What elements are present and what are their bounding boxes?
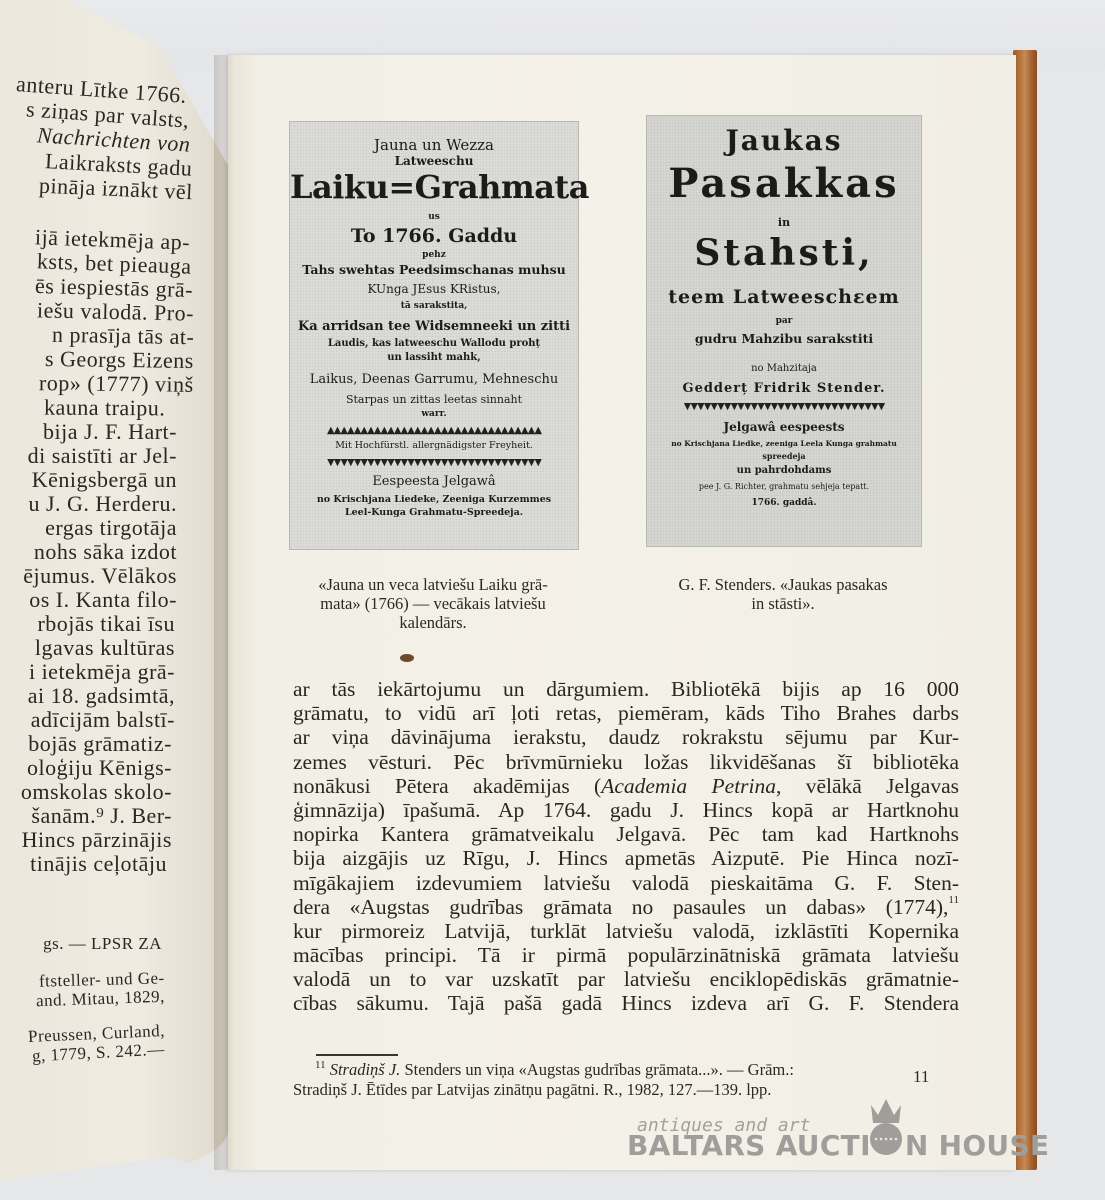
caption-line: «Jauna un veca latviešu Laiku grā- (285, 575, 581, 594)
fac-line: Laikus, Deenas Garrumu, Mehneschu (290, 372, 578, 387)
footnote-line: 11 Stradiņš J. Stenders un viņa «Augstas… (293, 1060, 959, 1080)
left-line: šanām.⁹ J. Ber- (31, 804, 172, 829)
fac-line: warr. (290, 409, 578, 419)
caption-line: kalendārs. (285, 613, 581, 632)
fac-line: teem Latweeschεem (647, 286, 921, 308)
body-line-text: dera «Augstas gudrības grāmata no pasaul… (293, 895, 948, 919)
fac-line: un lassiht mahk, (290, 352, 578, 363)
left-line: ergas tirgotāja (45, 516, 177, 541)
watermark-name-part2: N HOUSE (905, 1129, 1050, 1162)
caption-line: mata» (1766) — vecākais latviešu (285, 594, 581, 613)
left-line: Hincs pārzinājis (22, 828, 172, 853)
body-line-start: nonākusi Pētera akadēmijas ( (293, 774, 601, 798)
caption-line: G. F. Stenders. «Jaukas pasakas (638, 575, 928, 594)
fac-line: tā sarakstita, (290, 301, 578, 311)
body-line: nopirka Kantera grāmatveikalu Jelgavā. P… (293, 822, 959, 846)
fac-line: 1766. gaddâ. (647, 498, 921, 508)
footnote-reference[interactable]: 11 (948, 894, 959, 906)
fac-line: par (647, 316, 921, 326)
page-number: 11 (913, 1067, 929, 1087)
body-line: zemes vēsturi. Pēc brīvmūrnieku ložas li… (293, 750, 959, 774)
left-line: oloģiju Kēnigs- (27, 756, 172, 781)
fac-line: no Krischjana Liedeke, Zeeniga Kurzemmes (290, 494, 578, 505)
ornament-border: ▼▼▼▼▼▼▼▼▼▼▼▼▼▼▼▼▼▼▼▼▼▼▼▼▼▼▼▼▼▼ (659, 403, 909, 411)
fac-line: Laudis, kas latweeschu Wallodu prohț (290, 338, 578, 349)
fac-line: Jelgawâ eespeests (647, 420, 921, 434)
left-line: bojās grāmatiz- (28, 732, 172, 757)
fac-line: Mit Hochfürstl. allergnädigster Freyheit… (290, 440, 578, 451)
book-cover-edge (1013, 50, 1037, 1170)
body-text: ar tās iekārtojumu un dārgumiem. Bibliot… (293, 677, 959, 1016)
left-footnote-line: gs. — LPSR ZA (43, 932, 162, 957)
fac-line: Jaukas (647, 124, 921, 157)
body-line: ģimnāzija) īpašumā. Ap 1764. gadu J. Hin… (293, 798, 959, 822)
body-line: ar tās iekārtojumu un dārgumiem. Bibliot… (293, 677, 959, 701)
left-line: di saistīti ar Jel- (28, 444, 177, 469)
body-line: dera «Augstas gudrības grāmata no pasaul… (293, 895, 959, 919)
fac-title: Stahsti, (647, 232, 921, 274)
left-line: tinājis ceļotāju (30, 852, 167, 877)
footnote-text: Stenders un viņa «Augstas gudrības grāma… (400, 1060, 794, 1079)
fac-line: Latweeschu (290, 154, 578, 168)
left-line: rop» (1777) viņš (39, 371, 194, 397)
left-line: ējumus. Vēlākos (23, 564, 177, 589)
body-line: mīgākajiem izdevumiem latviešu valodā pi… (293, 871, 959, 895)
footnote-line: Stradiņš J. Ētīdes par Latvijas zinātņu … (293, 1080, 959, 1100)
watermark-name: BALTARS AUCTIN HOUSE (627, 1129, 1049, 1162)
fac-line: spreedeja (647, 451, 921, 461)
footnote-author: Stradiņš J. (330, 1060, 401, 1079)
ornament-border: ▼▼▼▼▼▼▼▼▼▼▼▼▼▼▼▼▼▼▼▼▼▼▼▼▼▼▼▼▼▼▼▼ (302, 459, 566, 467)
italic-phrase: Academia Petrina (601, 774, 776, 798)
left-line: ai 18. gadsimtā, (28, 684, 175, 709)
caption-line: in stāsti». (638, 594, 928, 613)
watermark: antiques and art BALTARS AUCTIN HOUSE (627, 1115, 1027, 1175)
fac-line: no Krischjana Liedke, zeeniga Leela Kung… (647, 439, 921, 448)
body-line: ar viņa dāvinājuma ierakstu, daudz rokra… (293, 725, 959, 749)
fac-line: no Mahzitaja (647, 363, 921, 374)
right-page: Jauna un Wezza Latweeschu Laiku=Grahmata… (228, 55, 1016, 1170)
fac-line: Eespeesta Jelgawâ (290, 474, 578, 489)
fac-line: To 1766. Gaddu (290, 225, 578, 247)
left-line: nohs sāka izdot (34, 540, 177, 565)
facsimile-laiku-gramata: Jauna un Wezza Latweeschu Laiku=Grahmata… (289, 121, 579, 550)
footnote-number: 11 (315, 1059, 326, 1071)
fac-line: KUnga JEsus KRistus, (290, 282, 578, 296)
fac-line: pee J. G. Richter, grahmatu sehjeja tepa… (647, 482, 921, 491)
left-line: omskolas skolo- (21, 780, 172, 805)
caption-left: «Jauna un veca latviešu Laiku grā- mata»… (285, 575, 581, 632)
ornament-border: ▲▲▲▲▲▲▲▲▲▲▲▲▲▲▲▲▲▲▲▲▲▲▲▲▲▲▲▲▲▲▲▲ (302, 427, 566, 435)
body-line: mācības principi. Tā ir pirmā populārzin… (293, 943, 959, 967)
paper-spot (400, 654, 414, 662)
fac-line: Ka arridsan tee Widsemneeki un zitti (290, 319, 578, 334)
body-line-end: , vēlākā Jelgavas (776, 774, 959, 798)
caption-right: G. F. Stenders. «Jaukas pasakas in stāst… (638, 575, 928, 613)
fac-line: in (647, 216, 921, 229)
left-line: Kēnigsbergā un (32, 468, 177, 493)
fac-line: Leel-Kunga Grahmatu-Spreedeja. (290, 507, 578, 518)
body-line: kur pirmoreiz Latvijā, turklāt latviešu … (293, 919, 959, 943)
left-line: u J. G. Herderu. (28, 492, 177, 517)
left-line: i ietekmēja grā- (29, 660, 175, 685)
left-line: lgavas kultūras (35, 636, 175, 661)
left-footnote-line: and. Mitau, 1829, (36, 985, 166, 1014)
body-line: grāmatu, to vidū arī ļoti retas, piemēra… (293, 701, 959, 725)
fac-line: Starpas un zittas leetas sinnaht (290, 393, 578, 406)
left-line: rbojās tikai īsu (37, 612, 175, 637)
body-line: valodā un to var uzskatīt par latviešu e… (293, 967, 959, 991)
fac-line: pehz (290, 250, 578, 260)
body-line: bija aizgājis uz Rīgu, J. Hincs apmetās … (293, 846, 959, 870)
body-line: cības sākumu. Tajā pašā gadā Hincs izdev… (293, 991, 959, 1015)
fac-line: gudru Mahzibu sarakstiti (647, 331, 921, 346)
gutter-shadow (214, 55, 234, 1170)
fac-line: us (290, 212, 578, 222)
left-line: kauna traipu. (44, 396, 166, 421)
fac-title: Laiku=Grahmata (290, 168, 578, 206)
left-page: anteru Lītke 1766. s ziņas par valsts, N… (0, 0, 228, 1180)
body-line: nonākusi Pētera akadēmijas (Academia Pet… (293, 774, 959, 798)
facsimile-jaukas-pasakas: Jaukas Pasakkas in Stahsti, teem Latwees… (646, 115, 922, 547)
fac-line: Tahs swehtas Peedsimschanas muhsu (290, 262, 578, 277)
footnote-divider (316, 1054, 398, 1056)
fac-line: Gedderț Fridrik Stender. (647, 381, 921, 396)
fac-title: Pasakkas (647, 160, 921, 207)
watermark-name-part1: BALTARS AUCTI (627, 1129, 871, 1162)
left-line: adīcijām balstī- (31, 708, 175, 733)
fac-line: un pahrdohdams (647, 465, 921, 476)
left-line: bija J. F. Hart- (43, 420, 177, 445)
fac-line: Jauna un Wezza (290, 136, 578, 154)
left-line: pināja iznākt vēl (39, 174, 194, 205)
left-line: os I. Kanta filo- (29, 588, 177, 613)
crown-logo-icon (869, 1099, 903, 1159)
footnote: 11 Stradiņš J. Stenders un viņa «Augstas… (293, 1060, 959, 1099)
